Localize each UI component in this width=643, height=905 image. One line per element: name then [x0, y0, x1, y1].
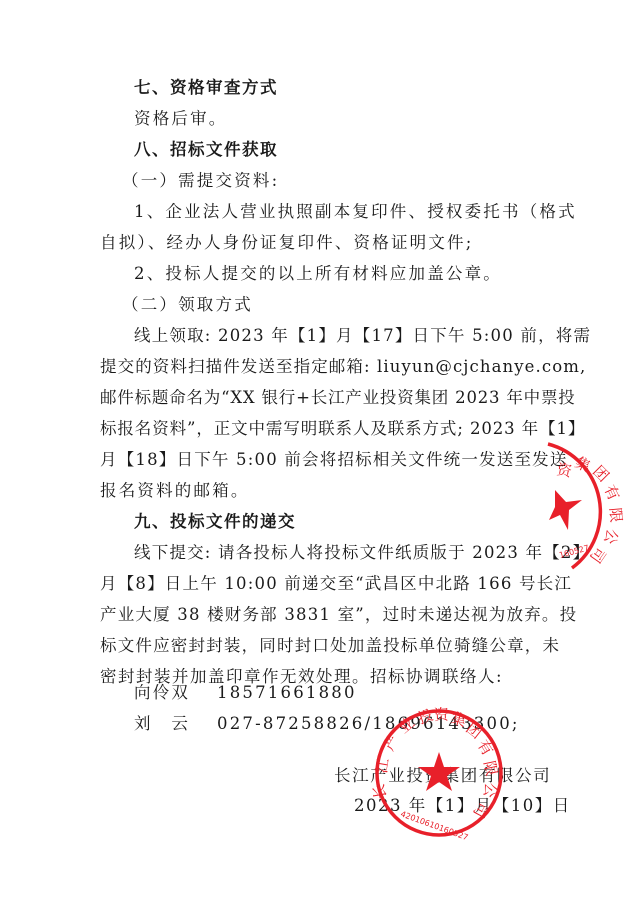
online-line-1: 线上领取: 2023 年【1】月【17】日下午 5:00 前，将需 — [134, 326, 579, 346]
section-8-item1-line1: 1、企业法人营业执照副本复印件、授权委托书（格式 — [134, 202, 579, 222]
section-8-heading: 八、招标文件获取 — [134, 140, 579, 160]
svg-text:产: 产 — [380, 732, 403, 754]
signature-company: 长江产业投资集团有限公司 — [334, 766, 643, 786]
online-line-3: 邮件标题命名为“XX 银行+长江产业投资集团 2023 年中票投 — [100, 388, 545, 408]
online-line-2: 提交的资料扫描件发送至指定邮箱: liuyun@cjchanye.com, — [100, 357, 545, 377]
section-7-body: 资格后审。 — [134, 109, 579, 129]
section-8-item2: 2、投标人提交的以上所有材料应加盖公章。 — [134, 264, 579, 284]
svg-text:公: 公 — [600, 527, 621, 546]
svg-text:有: 有 — [600, 482, 623, 503]
section-9-heading: 九、投标文件的递交 — [134, 512, 579, 532]
contact-row: 刘 云 027-87258826/18696143300; — [134, 714, 579, 734]
signature-date: 2023 年【1】月【10】日 — [354, 796, 643, 816]
svg-text:限: 限 — [606, 507, 625, 524]
section-8-item1-line2: 自拟）、经办人身份证复印件、资格证明文件; — [100, 233, 545, 253]
offline-line-4: 标文件应密封封装，同时封口处加盖投标单位骑缝公章，未 — [100, 636, 545, 656]
svg-text:团: 团 — [589, 462, 612, 485]
offline-line-2: 月【8】日上午 10:00 前递交至“武昌区中北路 166 号长江 — [100, 574, 545, 594]
offline-line-3: 产业大厦 38 楼财务部 3831 室”，过时未递达视为放弃。投 — [100, 605, 545, 625]
contact-row: 向伶双 18571661880 — [134, 683, 579, 703]
contact-name: 刘 云 — [134, 714, 190, 733]
online-line-6: 报名资料的邮箱。 — [100, 481, 545, 501]
section-8-sub1-title: （一）需提交资料: — [122, 171, 567, 191]
document-page: 七、资格审查方式 资格后审。 八、招标文件获取 （一）需提交资料: 1、企业法人… — [0, 0, 643, 905]
offline-line-1: 线下提交: 请各投标人将投标文件纸质版于 2023 年【2】 — [134, 543, 579, 563]
svg-text:有: 有 — [474, 737, 497, 759]
section-8-sub2-title: （二）领取方式 — [122, 295, 567, 315]
online-line-4: 标报名资料”，正文中需写明联系人及联系方式; 2023 年【1】 — [100, 419, 545, 439]
contact-phone: 027-87258826/18696143300; — [217, 714, 520, 733]
svg-text:集: 集 — [572, 453, 593, 476]
contact-name: 向伶双 — [134, 683, 190, 702]
section-7-heading: 七、资格审查方式 — [134, 78, 579, 98]
online-line-5: 月【18】日下午 5:00 前会将招标相关文件统一发送至发送 — [100, 450, 545, 470]
contact-phone: 18571661880 — [217, 683, 357, 702]
